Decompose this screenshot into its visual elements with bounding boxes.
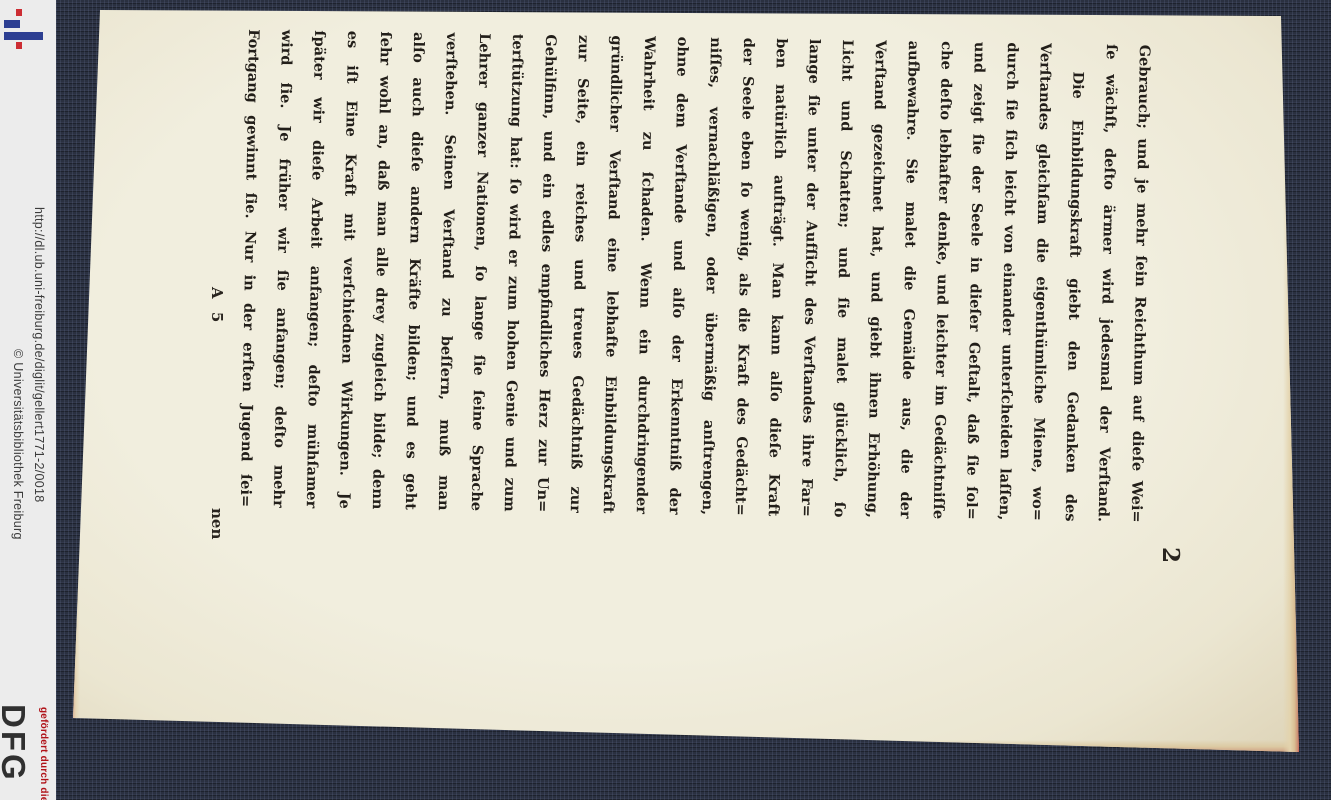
source-url: http://dl.ub.uni-freiburg.de/diglit/gell… [32, 207, 46, 503]
scan-background-fabric: Gebrauch; und je mehr ſein Reichthum auf… [56, 0, 1331, 800]
page-edge-left [71, 10, 80, 752]
logo-red-square-top [16, 9, 22, 16]
copyright-notice: © Universitätsbibliothek Freiburg [11, 349, 25, 540]
logo-red-square-bottom [16, 42, 22, 49]
page-fore-edge [1283, 10, 1299, 752]
page-number: 2 [1157, 547, 1184, 563]
metadata-sidebar: http://dl.ub.uni-freiburg.de/diglit/gell… [0, 0, 56, 800]
ub-freiburg-logo [0, 0, 56, 60]
page-text-block: Gebrauch; und je mehr ſein Reichthum auf… [229, 29, 1161, 523]
dfg-claim-text: gefördert durch die [38, 707, 49, 800]
dfg-logo-text: DFG [0, 704, 32, 783]
catchword: nen [208, 508, 226, 539]
book-scan-viewer: http://dl.ub.uni-freiburg.de/diglit/gell… [0, 0, 1331, 800]
logo-blue-bar-short [4, 20, 20, 28]
page-edge-bottom [71, 740, 1299, 752]
logo-blue-bar-long [4, 32, 43, 40]
book-page: Gebrauch; und je mehr ſein Reichthum auf… [71, 10, 1299, 752]
signature-mark: A 5 [208, 287, 226, 322]
